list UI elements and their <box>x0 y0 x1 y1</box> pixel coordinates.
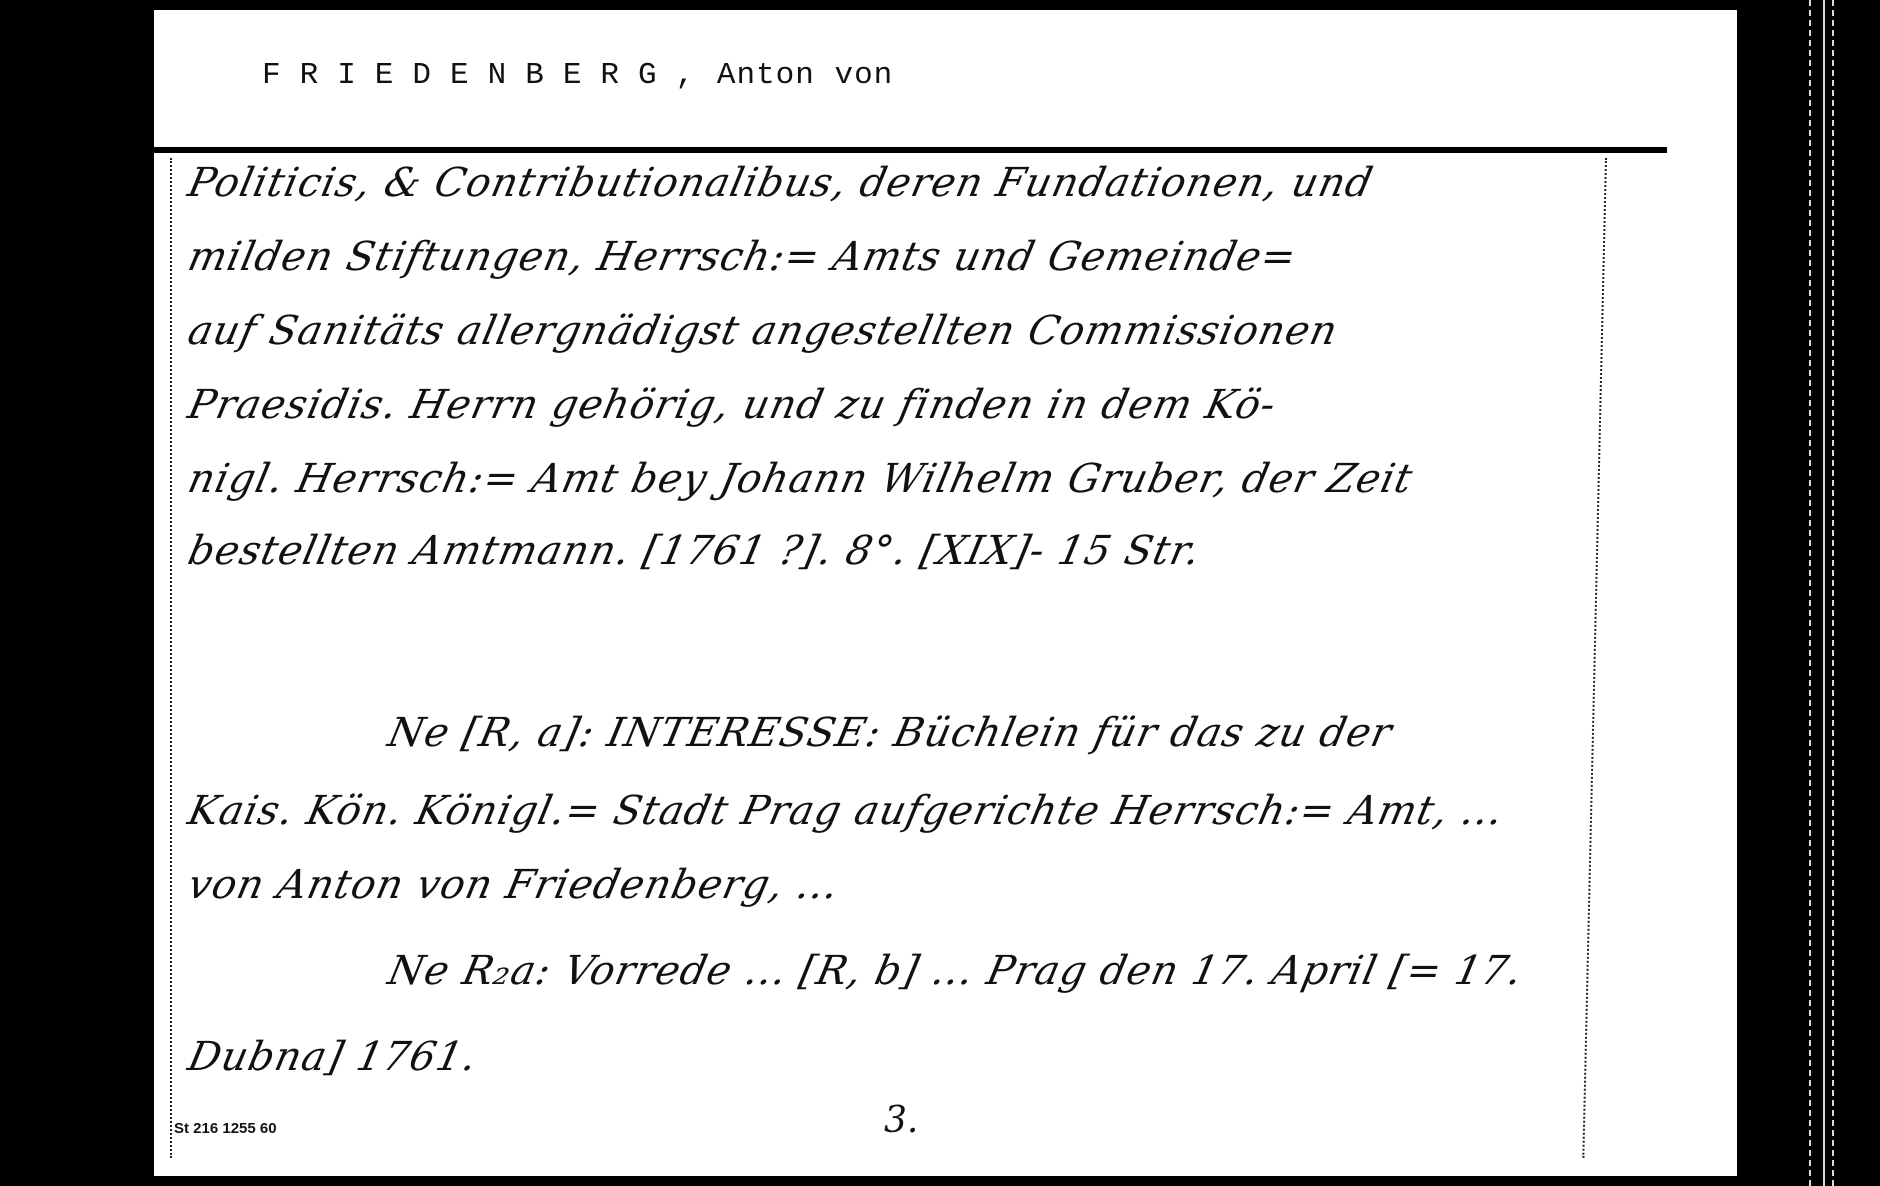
body-line-3: auf Sanitäts allergnädigst angestellten … <box>184 308 1342 354</box>
body-line-5: nigl. Herrsch:= Amt bey Johann Wilhelm G… <box>184 456 1417 502</box>
heading-comma: , <box>676 58 695 93</box>
scan-edge-line <box>1832 0 1834 1186</box>
entry-2-line-2: Dubna] 1761. <box>184 1034 482 1080</box>
entry-1-line-3: von Anton von Friedenberg, ... <box>184 862 843 908</box>
body-line-1: Politicis, & Contributionalibus, deren F… <box>184 160 1377 206</box>
catalog-code: St 216 1255 60 <box>174 1120 277 1137</box>
header-rule <box>154 147 1667 153</box>
scan-edge-line <box>1809 0 1811 1186</box>
entry-1-line-1: Ne [R, a]: INTERESSE: Büchlein für das z… <box>384 710 1397 756</box>
body-line-6: bestellten Amtmann. [1761 ?]. 8°. [XIX]-… <box>184 528 1205 574</box>
given-names: Anton von <box>717 58 893 93</box>
entry-2-line-1: Ne R₂a: Vorrede ... [R, b] ... Prag den … <box>384 948 1527 994</box>
body-line-2: milden Stiftungen, Herrsch:= Amts und Ge… <box>184 234 1301 280</box>
scan-edge-line <box>1823 0 1825 1186</box>
card-heading: FRIEDENBERG, Anton von <box>262 58 893 93</box>
right-margin-line <box>1582 158 1607 1158</box>
page-number: 3. <box>884 1100 918 1141</box>
entry-1-line-2: Kais. Kön. Königl.= Stadt Prag aufgerich… <box>184 788 1508 834</box>
surname: FRIEDENBERG <box>262 58 676 93</box>
catalog-card: FRIEDENBERG, Anton von Politicis, & Cont… <box>154 10 1737 1176</box>
left-margin-line <box>170 158 172 1158</box>
body-line-4: Praesidis. Herrn gehörig, und zu finden … <box>184 382 1280 428</box>
